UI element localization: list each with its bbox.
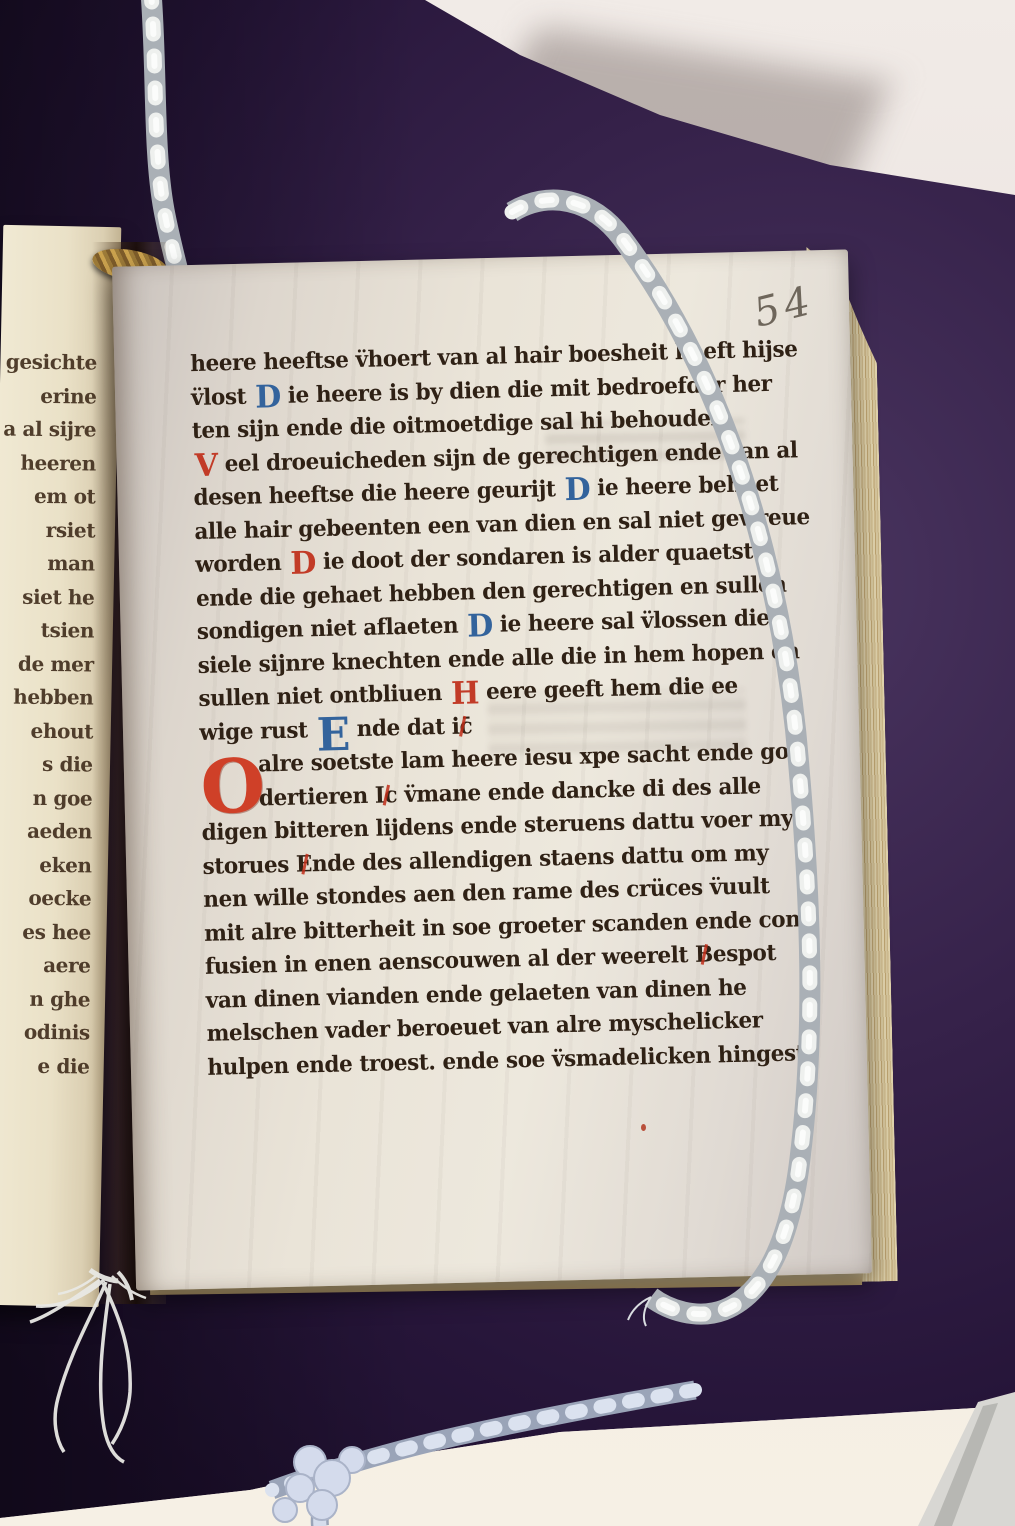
lombard-initial: H [451, 675, 480, 712]
line-text: worden [195, 550, 289, 578]
rubric-touched-letter: B [695, 942, 713, 968]
verso-line-fragment: rsiet [46, 517, 96, 551]
line-text: storues [202, 851, 296, 879]
verso-text-fragments: gesichteerinea al sijreheerenem otrsietm… [0, 349, 102, 350]
rubric-touched-letter: Ic [375, 782, 398, 809]
line-text: sullen niet ontbliuen [198, 680, 449, 712]
line-text: dertieren [259, 782, 376, 811]
verso-line-fragment: aeden [27, 819, 92, 853]
verso-line-fragment: man [47, 551, 95, 584]
rubric-touched-letter: ic̄ [451, 713, 472, 739]
verso-line-fragment: oecke [28, 886, 91, 920]
verso-line-fragment: tsien [40, 618, 94, 652]
verso-line-fragment: erine [40, 383, 96, 417]
line-text: espot [713, 940, 777, 968]
verso-line-fragment: es hee [22, 919, 91, 953]
verso-line-fragment: eken [39, 852, 92, 886]
verso-line-fragment: heeren [20, 450, 96, 484]
lombard-initial: D [467, 608, 494, 645]
lombard-initial: V [194, 447, 218, 484]
verso-line-fragment: n ghe [29, 986, 90, 1020]
manuscript-photo: 54 gesichteerinea al sijreheerenem otrsi… [0, 0, 1015, 1526]
lombard-initial: D [290, 545, 317, 582]
rubric-touched-letter: E [296, 851, 313, 877]
two-line-initial: O [200, 754, 266, 820]
verso-line-fragment: gesichte [6, 350, 97, 384]
lombard-initial: D [255, 378, 282, 415]
line-text: wige rust [199, 717, 315, 746]
red-ink-speck [641, 1124, 646, 1131]
line-text: ie heere behoet [597, 471, 779, 501]
verso-line-fragment: e die [37, 1053, 89, 1087]
verso-line-fragment: aere [43, 953, 91, 986]
verso-line-fragment: a al sijre [3, 417, 96, 451]
verso-line-fragment: odinis [24, 1020, 90, 1054]
verso-line-fragment: s die [42, 752, 93, 786]
verso-line-fragment: n goe [33, 785, 93, 819]
verso-line-fragment: de mer [18, 651, 94, 685]
verso-line-fragment: em ot [34, 484, 96, 518]
line-text: eere geeft hem die ee [486, 673, 738, 705]
line-text: v̈lost [191, 383, 254, 411]
verso-line-fragment: siet he [22, 584, 95, 618]
verso-line-fragment: hebben [13, 685, 93, 719]
line-text: ie heere sal v̈lossen die [500, 605, 770, 638]
lombard-initial: D [564, 471, 591, 508]
line-text: sondigen niet aflaeten [197, 613, 466, 646]
line-text: nde dat [356, 714, 452, 742]
verso-line-fragment: ehout [30, 718, 93, 752]
